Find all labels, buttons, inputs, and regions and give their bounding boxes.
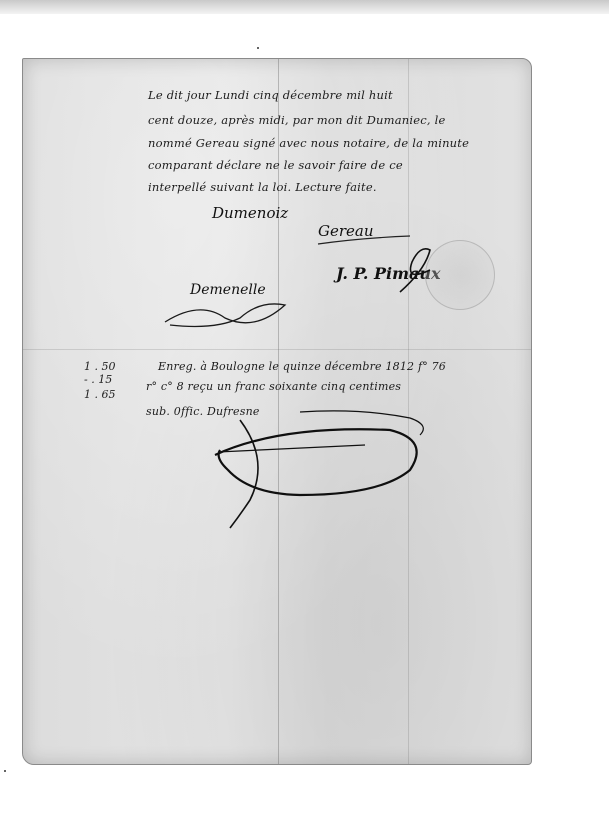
ink-flourishes — [0, 0, 609, 839]
